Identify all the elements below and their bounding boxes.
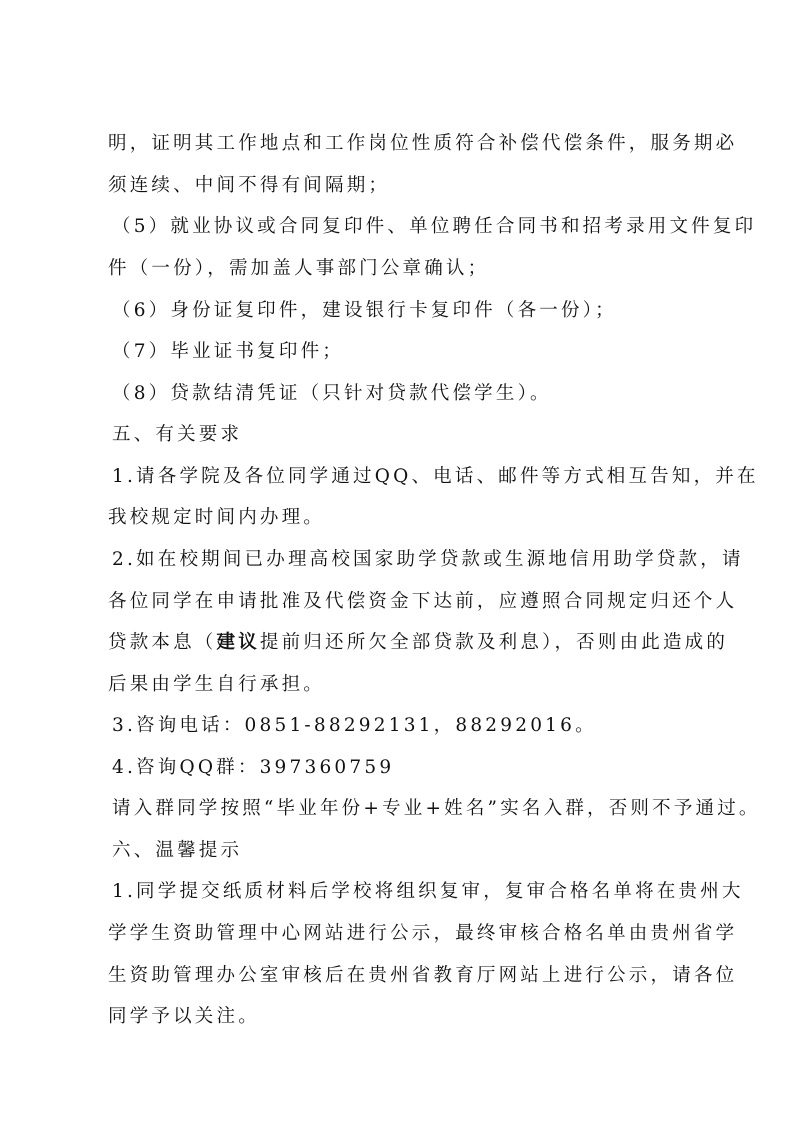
paragraph-line: 明，证明其工作地点和工作岗位性质符合补偿代偿条件，服务期必: [108, 132, 737, 156]
requirement-item-4-qq-group: 4.咨询QQ群：397360759: [112, 756, 394, 780]
paragraph-line: 我校规定时间内办理。: [108, 506, 325, 530]
emphasis-suggestion: 建议: [217, 632, 260, 653]
list-item-6: （6）身份证复印件，建设银行卡复印件（各一份）；: [112, 299, 617, 323]
paragraph-line: 生资助管理办公室审核后在贵州省教育厅网站上进行公示，请各位: [108, 964, 737, 988]
list-item-7: （7）毕业证书复印件；: [112, 340, 344, 364]
paragraph-line-with-emphasis: 贷款本息（建议提前归还所欠全部贷款及利息），否则由此造成的: [108, 631, 728, 655]
section-heading-requirements: 五、有关要求: [112, 423, 242, 447]
paragraph-line: 件（一份），需加盖人事部门公章确认；: [108, 257, 489, 281]
paragraph-line: 同学予以关注。: [108, 1005, 260, 1029]
document-page: 明，证明其工作地点和工作岗位性质符合补偿代偿条件，服务期必 须连续、中间不得有间…: [0, 0, 793, 1122]
requirement-item-1: 1.请各学院及各位同学通过QQ、电话、邮件等方式相互告知，并在: [112, 465, 759, 489]
paragraph-line: 学学生资助管理中心网站进行公示，最终审核合格名单由贵州省学: [108, 922, 737, 946]
text-before-emphasis: 贷款本息（: [108, 632, 217, 653]
section-heading-tips: 六、温馨提示: [112, 839, 242, 863]
requirement-item-3-phone: 3.咨询电话：0851-88292131，88292016。: [112, 714, 597, 738]
paragraph-line: 各位同学在申请批准及代偿资金下达前，应遵照合同规定归还个人: [108, 590, 737, 614]
requirement-item-2: 2.如在校期间已办理高校国家助学贷款或生源地信用助学贷款，请: [112, 548, 744, 572]
qq-group-note: 请入群同学按照“毕业年份+专业+姓名”实名入群，否则不予通过。: [112, 797, 761, 821]
tip-item-1: 1.同学提交纸质材料后学校将组织复审，复审合格名单将在贵州大: [112, 880, 744, 904]
text-after-emphasis: 提前归还所欠全部贷款及利息），否则由此造成的: [260, 632, 728, 653]
paragraph-line: 须连续、中间不得有间隔期；: [108, 174, 390, 198]
list-item-5: （5）就业协议或合同复印件、单位聘任合同书和招考录用文件复印: [112, 215, 756, 239]
list-item-8: （8）贷款结清凭证（只针对贷款代偿学生）。: [112, 382, 552, 406]
paragraph-line: 后果由学生自行承担。: [108, 673, 325, 697]
